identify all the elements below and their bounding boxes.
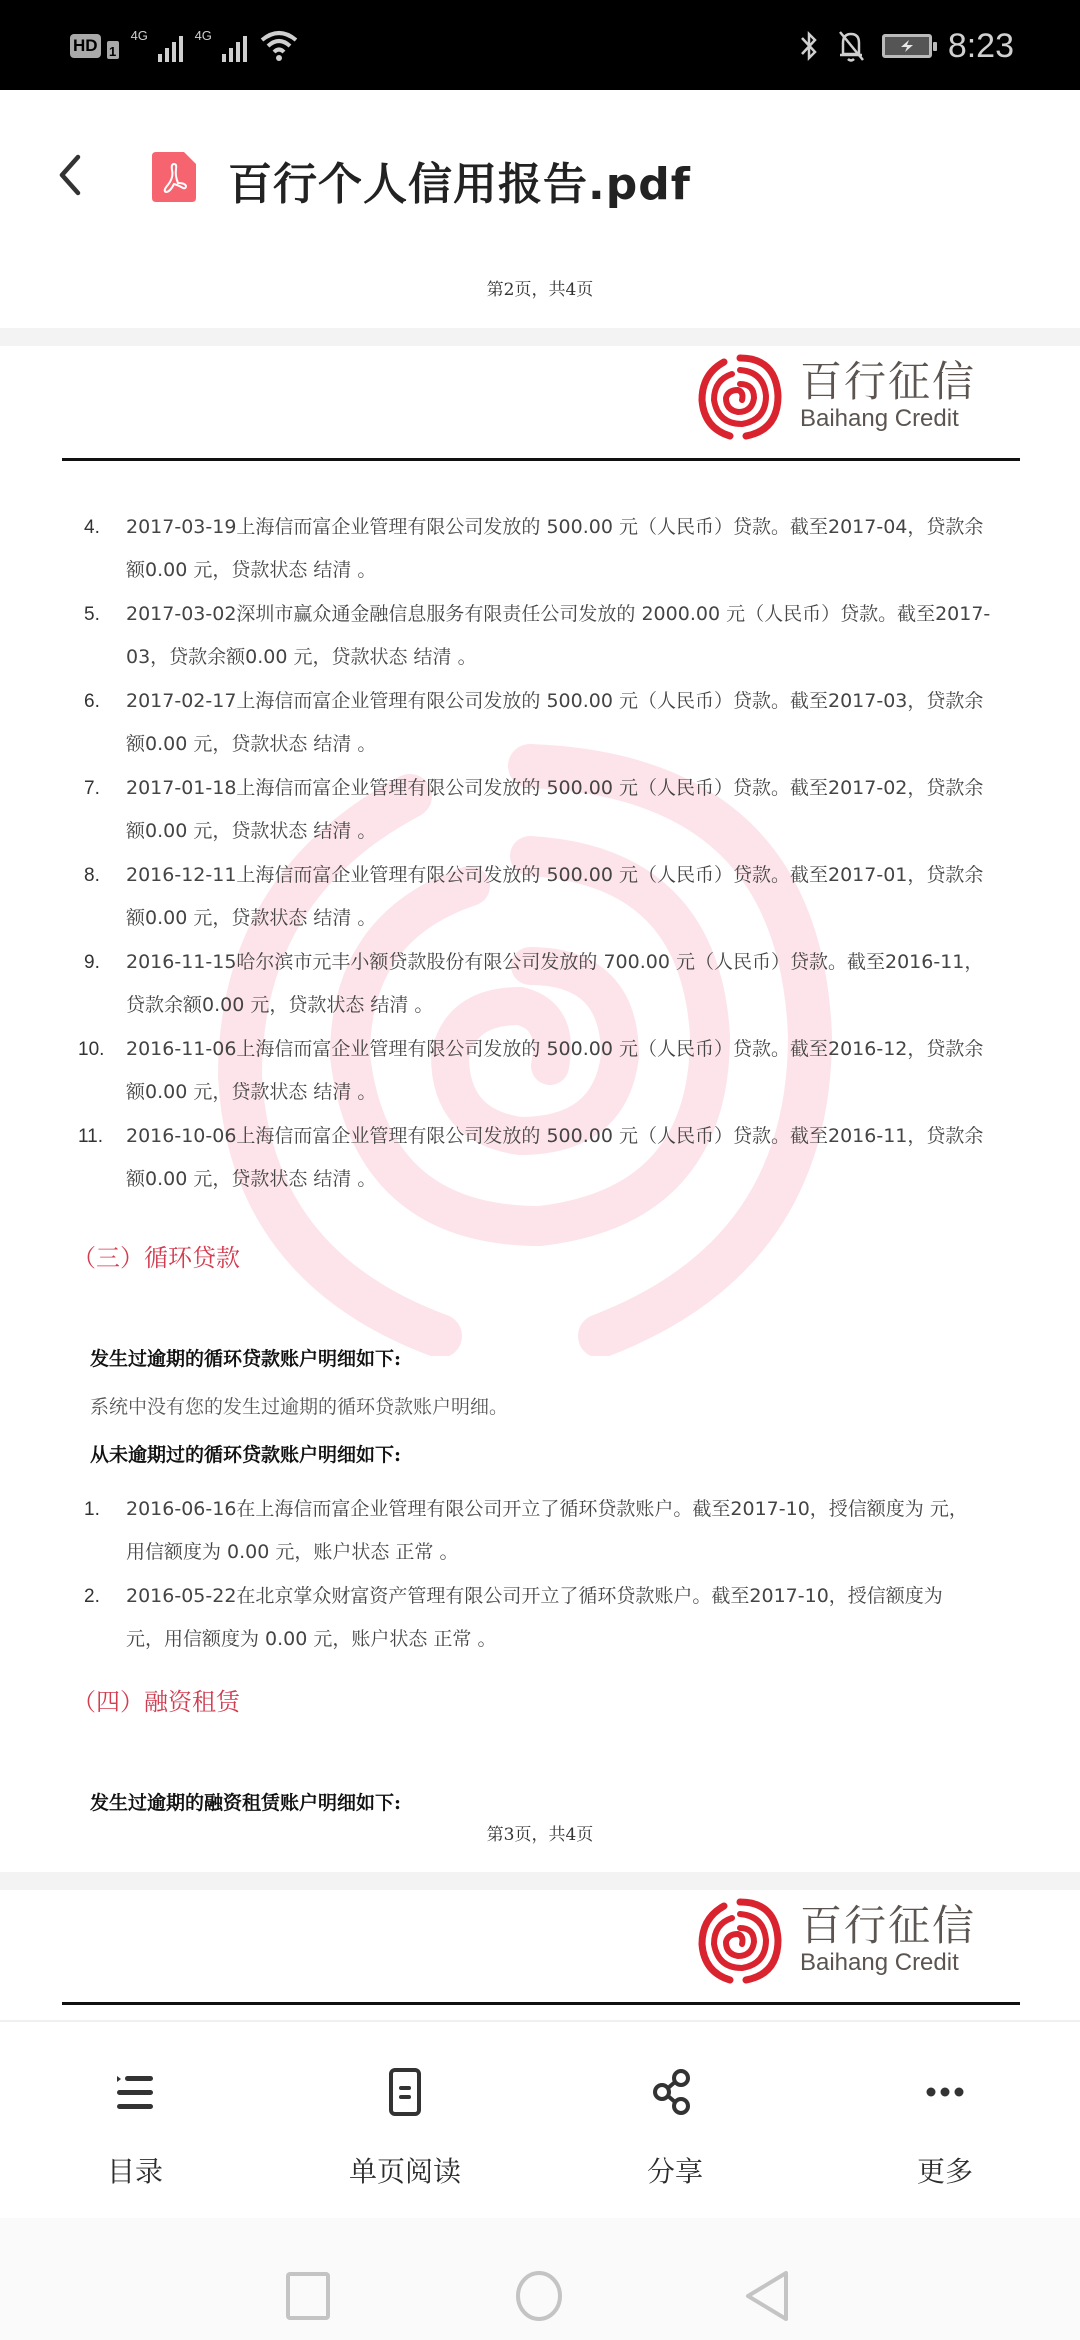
item-text: 2017-02-17上海信而富企业管理有限公司发放的 500.00 元（人民币）…: [126, 680, 1016, 766]
recents-square-icon[interactable]: [284, 2270, 334, 2322]
app-header: 百行个人信用报告.pdf 第2页，共4页: [0, 90, 1080, 330]
pdf-icon: [152, 152, 196, 202]
document-title: 百行个人信用报告.pdf: [228, 148, 691, 212]
sim-number: 1: [107, 41, 119, 59]
back-button[interactable]: [50, 145, 90, 205]
bluetooth-icon: [798, 29, 820, 63]
share-button[interactable]: 分享: [540, 2022, 810, 2216]
share-label: 分享: [540, 2150, 810, 2190]
bell-off-icon: [836, 28, 866, 64]
item-number: 11.: [78, 1115, 118, 1158]
more-icon: [921, 2068, 969, 2116]
page-separator: [0, 1872, 1080, 1890]
toc-label: 目录: [0, 2150, 270, 2190]
more-button[interactable]: 更多: [810, 2022, 1080, 2216]
network-type-label: 4G: [195, 28, 212, 43]
revolving-overdue-title: 发生过逾期的循环贷款账户明细如下:: [90, 1344, 401, 1371]
item-text: 2016-11-06上海信而富企业管理有限公司发放的 500.00 元（人民币）…: [126, 1028, 1016, 1114]
item-text: 2016-11-15哈尔滨市元丰小额贷款股份有限公司发放的 700.00 元（人…: [126, 941, 1016, 1027]
item-text: 2016-12-11上海信而富企业管理有限公司发放的 500.00 元（人民币）…: [126, 854, 1016, 940]
header-rule: [62, 2002, 1020, 2005]
item-text: 2016-05-22在北京掌众财富资产管理有限公司开立了循环贷款账户。截至201…: [126, 1575, 1016, 1661]
baihang-logo: 百行征信 Baihang Credit: [694, 1894, 976, 1986]
table-of-contents-icon: [111, 2068, 159, 2116]
battery-charging-icon: [882, 34, 932, 58]
more-label: 更多: [810, 2150, 1080, 2190]
status-left: HD 1 4G 4G: [70, 28, 299, 64]
item-text: 2016-10-06上海信而富企业管理有限公司发放的 500.00 元（人民币）…: [126, 1115, 1016, 1201]
item-number: 5.: [84, 593, 124, 636]
item-number: 10.: [78, 1028, 118, 1071]
bottom-toolbar: 目录 单页阅读 分享 更多: [0, 2020, 1080, 2216]
pdf-page-3[interactable]: 百行征信 Baihang Credit 4. 2017-03-19上海信而富企业…: [0, 346, 1080, 1872]
toc-button[interactable]: 目录: [0, 2022, 270, 2216]
item-number: 1.: [84, 1488, 124, 1531]
back-triangle-icon[interactable]: [744, 2270, 794, 2322]
clock: 8:23: [948, 27, 1014, 66]
single-page-label: 单页阅读: [270, 2150, 540, 2190]
status-bar: HD 1 4G 4G: [0, 0, 1080, 90]
item-number: 6.: [84, 680, 124, 723]
item-text: 2017-01-18上海信而富企业管理有限公司发放的 500.00 元（人民币）…: [126, 767, 1016, 853]
signal-icon: 4G: [195, 28, 247, 64]
revolving-never-overdue-title: 从未逾期过的循环贷款账户明细如下:: [90, 1440, 401, 1467]
logo-cn-text: 百行征信: [800, 359, 976, 405]
section-heading-leasing: （四）融资租赁: [72, 1682, 240, 1717]
wifi-icon: [259, 28, 299, 64]
item-number: 7.: [84, 767, 124, 810]
leasing-overdue-title: 发生过逾期的融资租赁账户明细如下:: [90, 1788, 401, 1815]
revolving-overdue-none: 系统中没有您的发生过逾期的循环贷款账户明细。: [90, 1392, 508, 1419]
signal-icon: 4G: [131, 28, 183, 64]
item-number: 2.: [84, 1575, 124, 1618]
item-number: 4.: [84, 506, 124, 549]
pdf-page-4[interactable]: 百行征信 Baihang Credit: [0, 1890, 1080, 2018]
home-circle-icon[interactable]: [514, 2270, 564, 2322]
item-text: 2016-06-16在上海信而富企业管理有限公司开立了循环贷款账户。截至2017…: [126, 1488, 1016, 1574]
single-page-icon: [381, 2068, 429, 2116]
page-separator: [0, 328, 1080, 346]
baihang-logo-icon: [694, 1894, 786, 1986]
item-text: 2017-03-19上海信而富企业管理有限公司发放的 500.00 元（人民币）…: [126, 506, 1016, 592]
item-number: 9.: [84, 941, 124, 984]
baihang-logo-icon: [694, 350, 786, 442]
baihang-logo: 百行征信 Baihang Credit: [694, 350, 976, 442]
network-type-label: 4G: [131, 28, 148, 43]
page-number-footer: 第3页，共4页: [0, 1820, 1080, 1845]
chevron-left-icon: [56, 153, 84, 197]
logo-en-text: Baihang Credit: [800, 1949, 976, 1977]
status-right: 8:23: [798, 26, 1014, 66]
page-number-footer: 第2页，共4页: [0, 275, 1080, 300]
system-nav-bar: [0, 2218, 1080, 2340]
single-page-button[interactable]: 单页阅读: [270, 2022, 540, 2216]
pdf-viewer-screen: HD 1 4G 4G: [0, 0, 1080, 2340]
share-icon: [651, 2068, 699, 2116]
logo-en-text: Baihang Credit: [800, 405, 976, 433]
header-rule: [62, 458, 1020, 461]
hd-icon: HD: [70, 34, 101, 58]
item-text: 2017-03-02深圳市赢众通金融信息服务有限责任公司发放的 2000.00 …: [126, 593, 1016, 679]
item-number: 8.: [84, 854, 124, 897]
logo-cn-text: 百行征信: [800, 1903, 976, 1949]
section-heading-revolving: （三）循环贷款: [72, 1238, 240, 1273]
